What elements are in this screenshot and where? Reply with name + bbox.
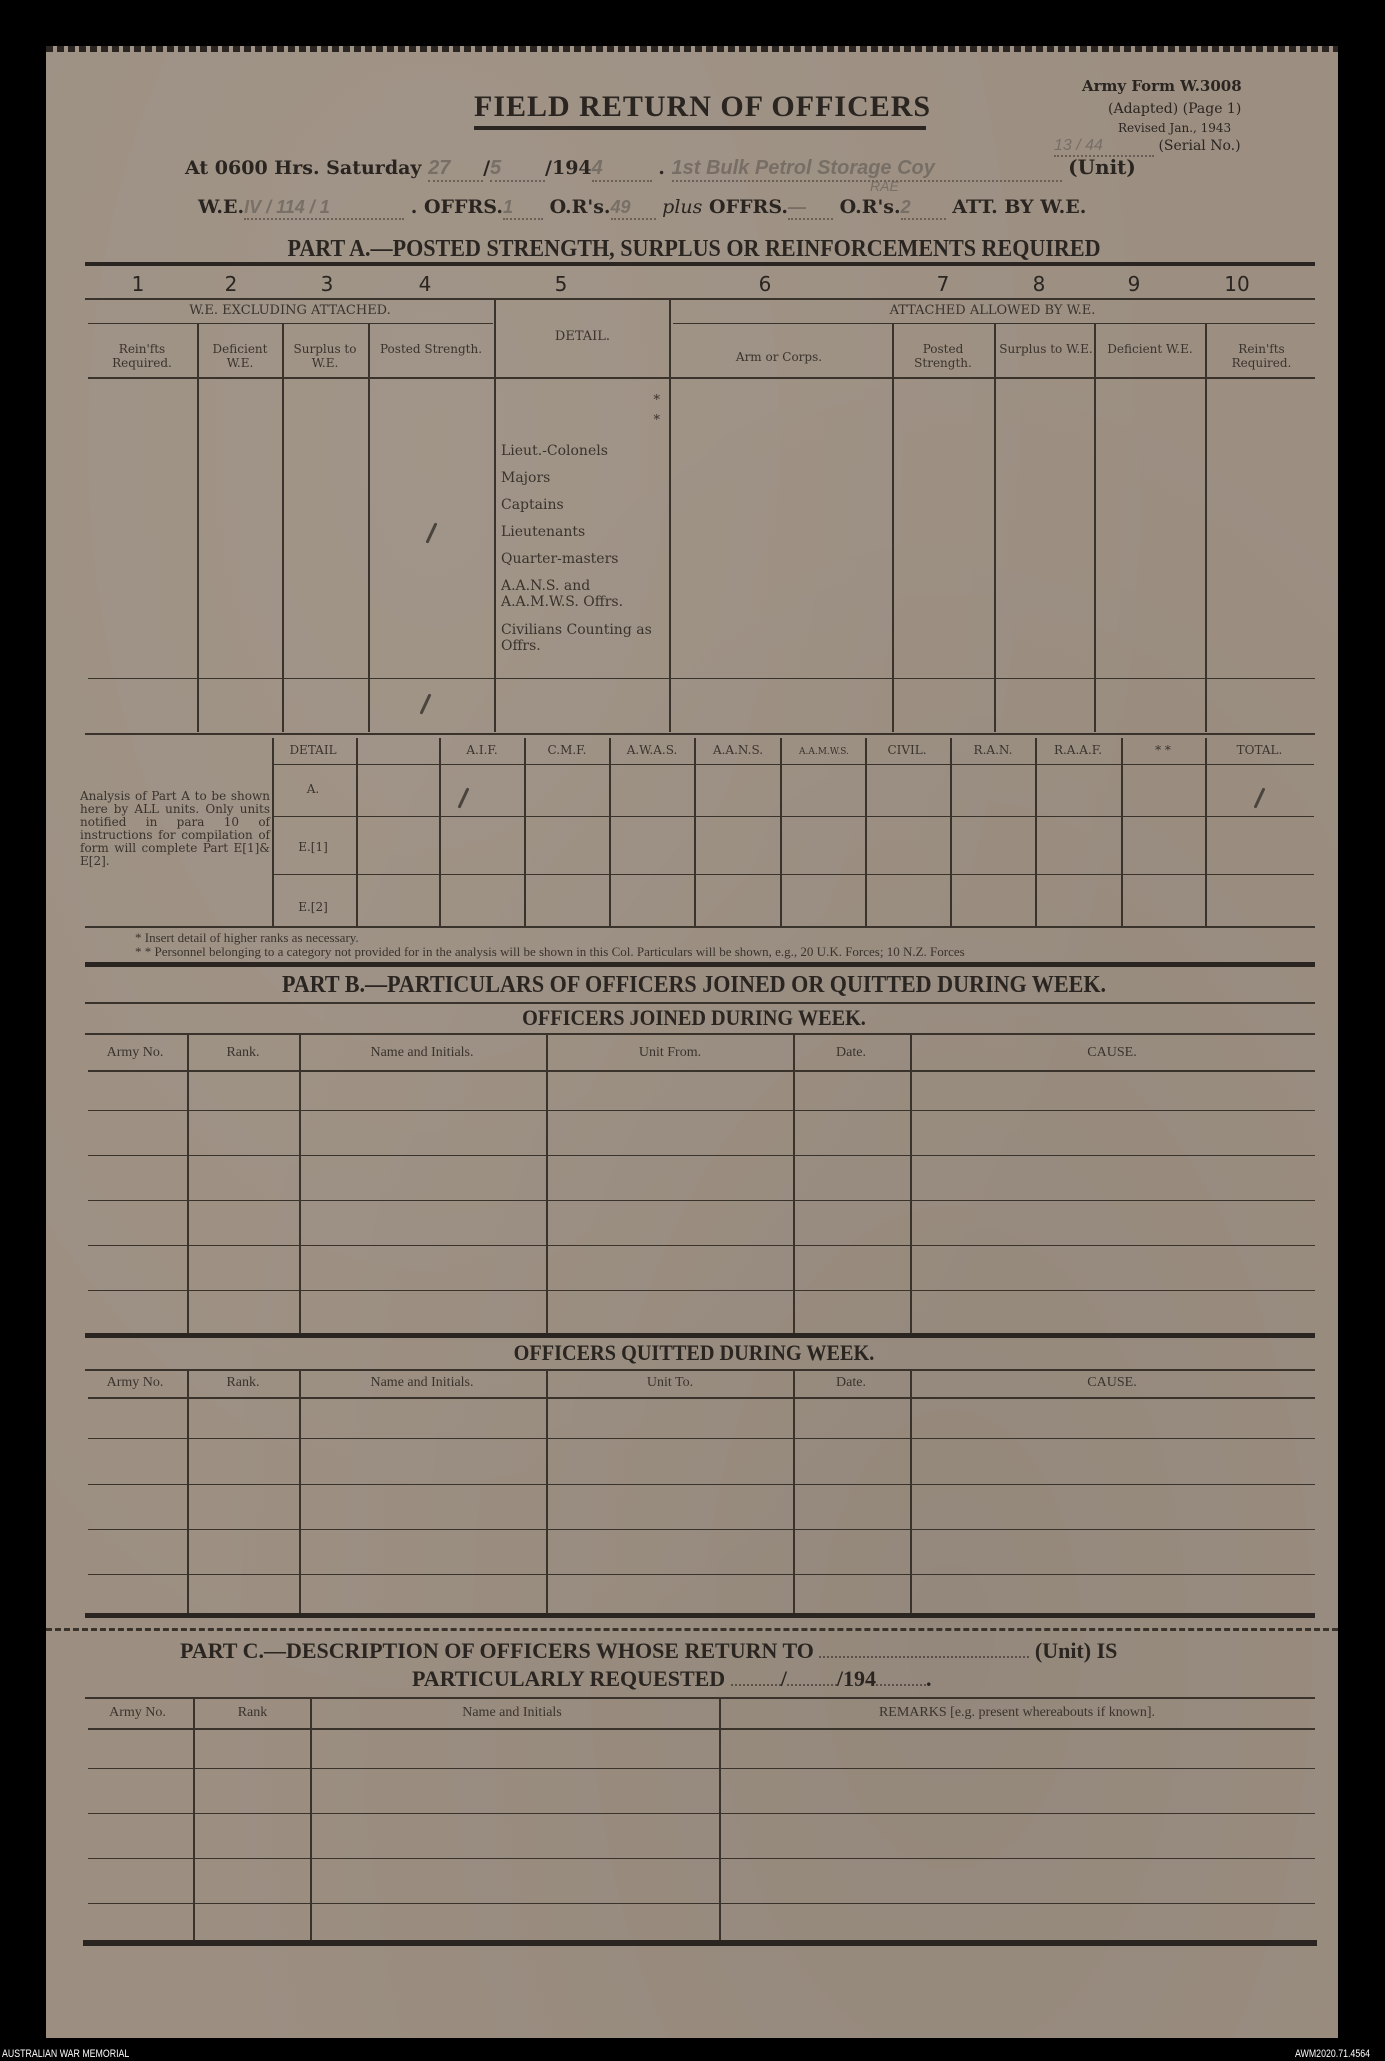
col-divider bbox=[187, 1369, 189, 1613]
row-label-a: A. bbox=[272, 782, 354, 796]
part-c-line1: PART C.—DESCRIPTION OF OFFICERS WHOSE RE… bbox=[180, 1638, 1117, 1664]
rule bbox=[85, 733, 1315, 735]
we-label: W.E. bbox=[198, 196, 244, 218]
rule bbox=[85, 1333, 1315, 1338]
footnote-2: * * Personnel belonging to a category no… bbox=[135, 944, 965, 960]
col-posted-att: Posted Strength. bbox=[893, 342, 993, 370]
rule bbox=[85, 1033, 1315, 1035]
col-divider bbox=[1094, 324, 1096, 732]
col-deficient-att: Deficient W.E. bbox=[1096, 342, 1204, 356]
plus-ors-field[interactable]: 2 bbox=[901, 197, 946, 220]
serial-value[interactable]: 13 / 44 bbox=[1054, 137, 1154, 157]
col-divider bbox=[368, 324, 370, 732]
col-reinfts-att: Rein'fts Required. bbox=[1208, 342, 1315, 370]
part-c-requested: PARTICULARLY REQUESTED bbox=[412, 1666, 725, 1691]
footer-right: AWM2020.71.4564 bbox=[1295, 2048, 1370, 2060]
form-adapted: (Adapted) (Page 1) bbox=[1108, 101, 1241, 117]
col-divider bbox=[197, 324, 199, 732]
ors-field[interactable]: 49 bbox=[611, 197, 656, 220]
detail-civilians: Civilians Counting as Offrs. bbox=[501, 622, 666, 654]
col-divider bbox=[910, 1369, 912, 1613]
table-row bbox=[88, 1155, 1315, 1156]
part-c-title: PART C.—DESCRIPTION OF OFFICERS WHOSE RE… bbox=[180, 1638, 814, 1663]
detail-quartermasters: Quarter-masters bbox=[501, 551, 618, 567]
col-surplus-att: Surplus to W.E. bbox=[996, 342, 1096, 356]
form-title: FIELD RETURN OF OFFICERS bbox=[474, 90, 931, 124]
plus-offrs-field[interactable]: — bbox=[788, 197, 833, 220]
unit-field[interactable]: 1st Bulk Petrol Storage Coy bbox=[672, 157, 1062, 182]
quitted-title: OFFICERS QUITTED DURING WEEK. bbox=[111, 1340, 1278, 1366]
col-divider bbox=[719, 1697, 721, 1940]
table-row bbox=[88, 1529, 1315, 1530]
detail-lt-colonels: Lieut.-Colonels bbox=[501, 443, 608, 459]
rule bbox=[88, 1397, 1315, 1399]
col-divider bbox=[793, 1033, 795, 1333]
col-divider bbox=[299, 1033, 301, 1333]
col-divider bbox=[694, 738, 696, 926]
col-divider bbox=[994, 324, 996, 732]
col-divider bbox=[1205, 738, 1207, 926]
form-number: Army Form W.3008 bbox=[1082, 77, 1242, 95]
form-revised: Revised Jan., 1943 bbox=[1118, 121, 1231, 135]
table-row bbox=[88, 1200, 1315, 1201]
col-divider bbox=[439, 738, 441, 926]
rule bbox=[88, 1070, 1315, 1072]
col-reinfts: Rein'fts Required. bbox=[88, 342, 196, 370]
col-divider bbox=[609, 738, 611, 926]
year-suffix-field[interactable]: 4 bbox=[592, 157, 652, 182]
rule bbox=[85, 926, 1315, 928]
tear-line bbox=[46, 1628, 1338, 1631]
date-month-field[interactable]: 5 bbox=[490, 157, 545, 182]
row-label-e1: E.[1] bbox=[272, 840, 354, 854]
col-divider bbox=[1121, 738, 1123, 926]
col-divider bbox=[494, 298, 496, 732]
date-day-field[interactable]: 27 bbox=[428, 157, 483, 182]
col-divider bbox=[910, 1033, 912, 1333]
rule bbox=[85, 962, 1315, 967]
unit-label: (Unit) bbox=[1068, 155, 1136, 179]
col-divider bbox=[299, 1369, 301, 1613]
perforated-edge bbox=[46, 46, 1338, 52]
plus-ors-label: O.R's. bbox=[840, 196, 901, 218]
rule bbox=[274, 874, 1314, 875]
rule bbox=[85, 1369, 1315, 1371]
plus-offrs-label: OFFRS. bbox=[709, 196, 788, 218]
col-surplus: Surplus to W.E. bbox=[284, 342, 366, 370]
rule bbox=[85, 1613, 1315, 1618]
col-divider bbox=[1205, 324, 1207, 732]
part-a-title: PART A.—POSTED STRENGTH, SURPLUS OR REIN… bbox=[111, 236, 1278, 263]
col-divider bbox=[356, 738, 358, 926]
table-row bbox=[88, 1858, 1315, 1859]
date-unit-line: At 0600 Hrs. Saturday 27/5/1944 . 1st Bu… bbox=[185, 155, 1136, 182]
joined-title: OFFICERS JOINED DURING WEEK. bbox=[111, 1005, 1278, 1031]
footer-left: AUSTRALIAN WAR MEMORIAL bbox=[2, 2048, 129, 2060]
col-divider bbox=[950, 738, 952, 926]
total-rule bbox=[88, 678, 1315, 679]
group-left-header: W.E. EXCLUDING ATTACHED. bbox=[85, 304, 495, 318]
col-divider bbox=[282, 324, 284, 732]
rule bbox=[274, 764, 1314, 765]
col-posted: Posted Strength. bbox=[370, 342, 492, 356]
detail-header: DETAIL. bbox=[495, 330, 670, 344]
part-b-title: PART B.—PARTICULARS OF OFFICERS JOINED O… bbox=[111, 972, 1278, 999]
table-row bbox=[88, 1903, 1315, 1904]
table-row bbox=[88, 1484, 1315, 1485]
col-arm-corps: Arm or Corps. bbox=[673, 350, 885, 364]
year-prefix: /194 bbox=[545, 157, 592, 179]
col-deficient: Deficient W.E. bbox=[200, 342, 280, 370]
detail-asterisk: * bbox=[500, 393, 660, 408]
plus-label: plus bbox=[662, 196, 702, 218]
col-divider bbox=[865, 738, 867, 926]
serial-label: (Serial No.) bbox=[1158, 138, 1240, 154]
part-c-month-field[interactable] bbox=[787, 1684, 837, 1686]
unit-sub-value: RAE bbox=[870, 178, 899, 194]
table-row bbox=[88, 1290, 1315, 1291]
detail-majors: Majors bbox=[501, 470, 550, 486]
rule bbox=[85, 1002, 1315, 1004]
we-line: W.E.IV / 114 / 1 . OFFRS.1 O.R's.49 plus… bbox=[198, 196, 1086, 220]
ors-label: O.R's. bbox=[550, 196, 611, 218]
table-row bbox=[88, 1110, 1315, 1111]
detail-lieutenants: Lieutenants bbox=[501, 524, 585, 540]
detail-aans: A.A.N.S. and A.A.M.W.S. Offrs. bbox=[501, 578, 666, 610]
analysis-note: Analysis of Part A to be shown here by A… bbox=[80, 790, 270, 868]
serial-line: 13 / 44 (Serial No.) bbox=[1054, 137, 1241, 157]
group-right-header: ATTACHED ALLOWED BY W.E. bbox=[670, 304, 1315, 318]
detail-asterisk: * bbox=[500, 413, 660, 428]
table-row bbox=[88, 1245, 1315, 1246]
rule bbox=[85, 1697, 1315, 1699]
part-c-year-field[interactable] bbox=[876, 1684, 926, 1686]
offrs-label: OFFRS. bbox=[424, 196, 503, 218]
part-a-rule bbox=[85, 262, 1315, 266]
col-divider bbox=[892, 324, 894, 732]
col-divider bbox=[524, 738, 526, 926]
att-label: ATT. BY W.E. bbox=[952, 196, 1086, 218]
time-label: At 0600 Hrs. Saturday bbox=[185, 157, 421, 179]
col-divider bbox=[310, 1697, 312, 1940]
col-divider bbox=[193, 1697, 195, 1940]
table-row bbox=[88, 1768, 1315, 1769]
col-divider bbox=[187, 1033, 189, 1333]
table-row bbox=[88, 1813, 1315, 1814]
detail-captains: Captains bbox=[501, 497, 564, 513]
table-row bbox=[88, 1574, 1315, 1575]
col-divider bbox=[546, 1033, 548, 1333]
part-c-unit-is: (Unit) IS bbox=[1035, 1638, 1118, 1663]
rule bbox=[83, 1940, 1317, 1946]
part-c-unit-field[interactable] bbox=[819, 1656, 1029, 1658]
col-divider bbox=[793, 1369, 795, 1613]
part-c-line2: PARTICULARLY REQUESTED //194. bbox=[412, 1666, 931, 1692]
we-field[interactable]: IV / 114 / 1 bbox=[244, 197, 404, 220]
col-divider bbox=[546, 1369, 548, 1613]
col-divider bbox=[780, 738, 782, 926]
col-divider bbox=[1035, 738, 1037, 926]
rule bbox=[88, 1728, 1315, 1730]
row-label-e2: E.[2] bbox=[272, 900, 354, 914]
col-divider bbox=[272, 738, 274, 926]
rule bbox=[85, 298, 1315, 300]
offrs-field[interactable]: 1 bbox=[503, 197, 543, 220]
title-underline bbox=[474, 126, 926, 130]
rule bbox=[274, 816, 1314, 817]
part-c-day-field[interactable] bbox=[731, 1684, 781, 1686]
rule bbox=[88, 377, 1315, 379]
rule bbox=[88, 323, 493, 324]
part-c-year: /194 bbox=[837, 1666, 876, 1691]
col-divider bbox=[669, 298, 671, 732]
table-row bbox=[88, 1438, 1315, 1439]
